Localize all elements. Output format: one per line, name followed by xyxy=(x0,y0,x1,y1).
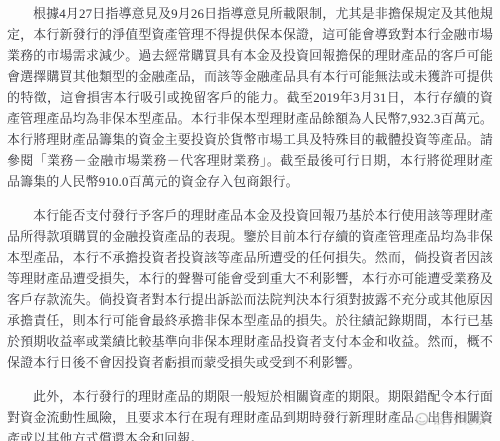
paragraph-1: 根據4月27日指導意見及9月26日指導意見所載限制，尤其是非擔保規定及其他規定，… xyxy=(7,3,493,192)
document-page: 根據4月27日指導意見及9月26日指導意見所載限制，尤其是非擔保規定及其他規定，… xyxy=(0,0,500,441)
paragraph-3: 此外，本行發行的理財產品的期限一般短於相關資產的期限。期限錯配令本行面對資金流動… xyxy=(7,386,493,441)
document-body: 根據4月27日指導意見及9月26日指導意見所載限制，尤其是非擔保規定及其他規定，… xyxy=(7,3,493,441)
paragraph-2: 本行能否支付發行予客戶的理財產品本金及投資回報乃基於本行使用該等理財產品所得款項… xyxy=(7,205,493,373)
